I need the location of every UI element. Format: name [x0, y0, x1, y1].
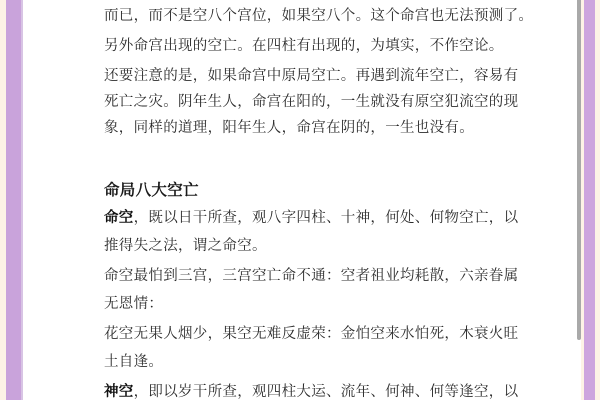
section-heading: 命局八大空亡: [104, 178, 199, 200]
text-line: 象，同样的道理，阳年生人，命宫在阴的，一生也没有。: [104, 118, 474, 138]
term-ming-kong: 命空: [104, 209, 134, 226]
right-decorative-border: [584, 0, 595, 400]
text-line: 还要注意的是，如果命宫中原局空亡。再遇到流年空亡，容易有: [104, 66, 518, 86]
left-decorative-border: [6, 0, 21, 400]
term-shen-kong: 神空: [104, 383, 134, 400]
scrollbar-thumb[interactable]: [577, 0, 581, 340]
text-line: 命空，既以日干所查，观八字四柱、十神，何处、何物空亡，以: [104, 208, 518, 228]
text-span: ，既以日干所查，观八字四柱、十神，何处、何物空亡，以: [134, 210, 519, 226]
text-line: 另外命宫出现的空亡。在四柱有出现的，为填实，不作空论。: [104, 36, 504, 56]
text-line: 而已，而不是空八个宫位，如果空八个。这个命宫也无法预测了。: [104, 6, 533, 26]
text-line: 无恩情：: [104, 294, 163, 314]
text-line: 推得失之法，谓之命空。: [104, 236, 267, 256]
text-line: 神空，即以岁干所查，观四柱大运、流年、何神、何等逢空，以: [104, 382, 518, 400]
text-line: 花空无果人烟少，果空无难反虚荣：金怕空来水怕死，木衰火旺: [104, 324, 518, 344]
text-line: 死亡之灾。阴年生人，命宫在阳的，一生就没有原空犯流空的现: [104, 92, 518, 112]
text-span: ，即以岁干所查，观四柱大运、流年、何神、何等逢空，以: [134, 384, 519, 400]
text-line: 命空最怕到三宫，三宫空亡命不通：空者祖业均耗散，六亲眷属: [104, 266, 518, 286]
text-line: 土自逢。: [104, 352, 163, 372]
